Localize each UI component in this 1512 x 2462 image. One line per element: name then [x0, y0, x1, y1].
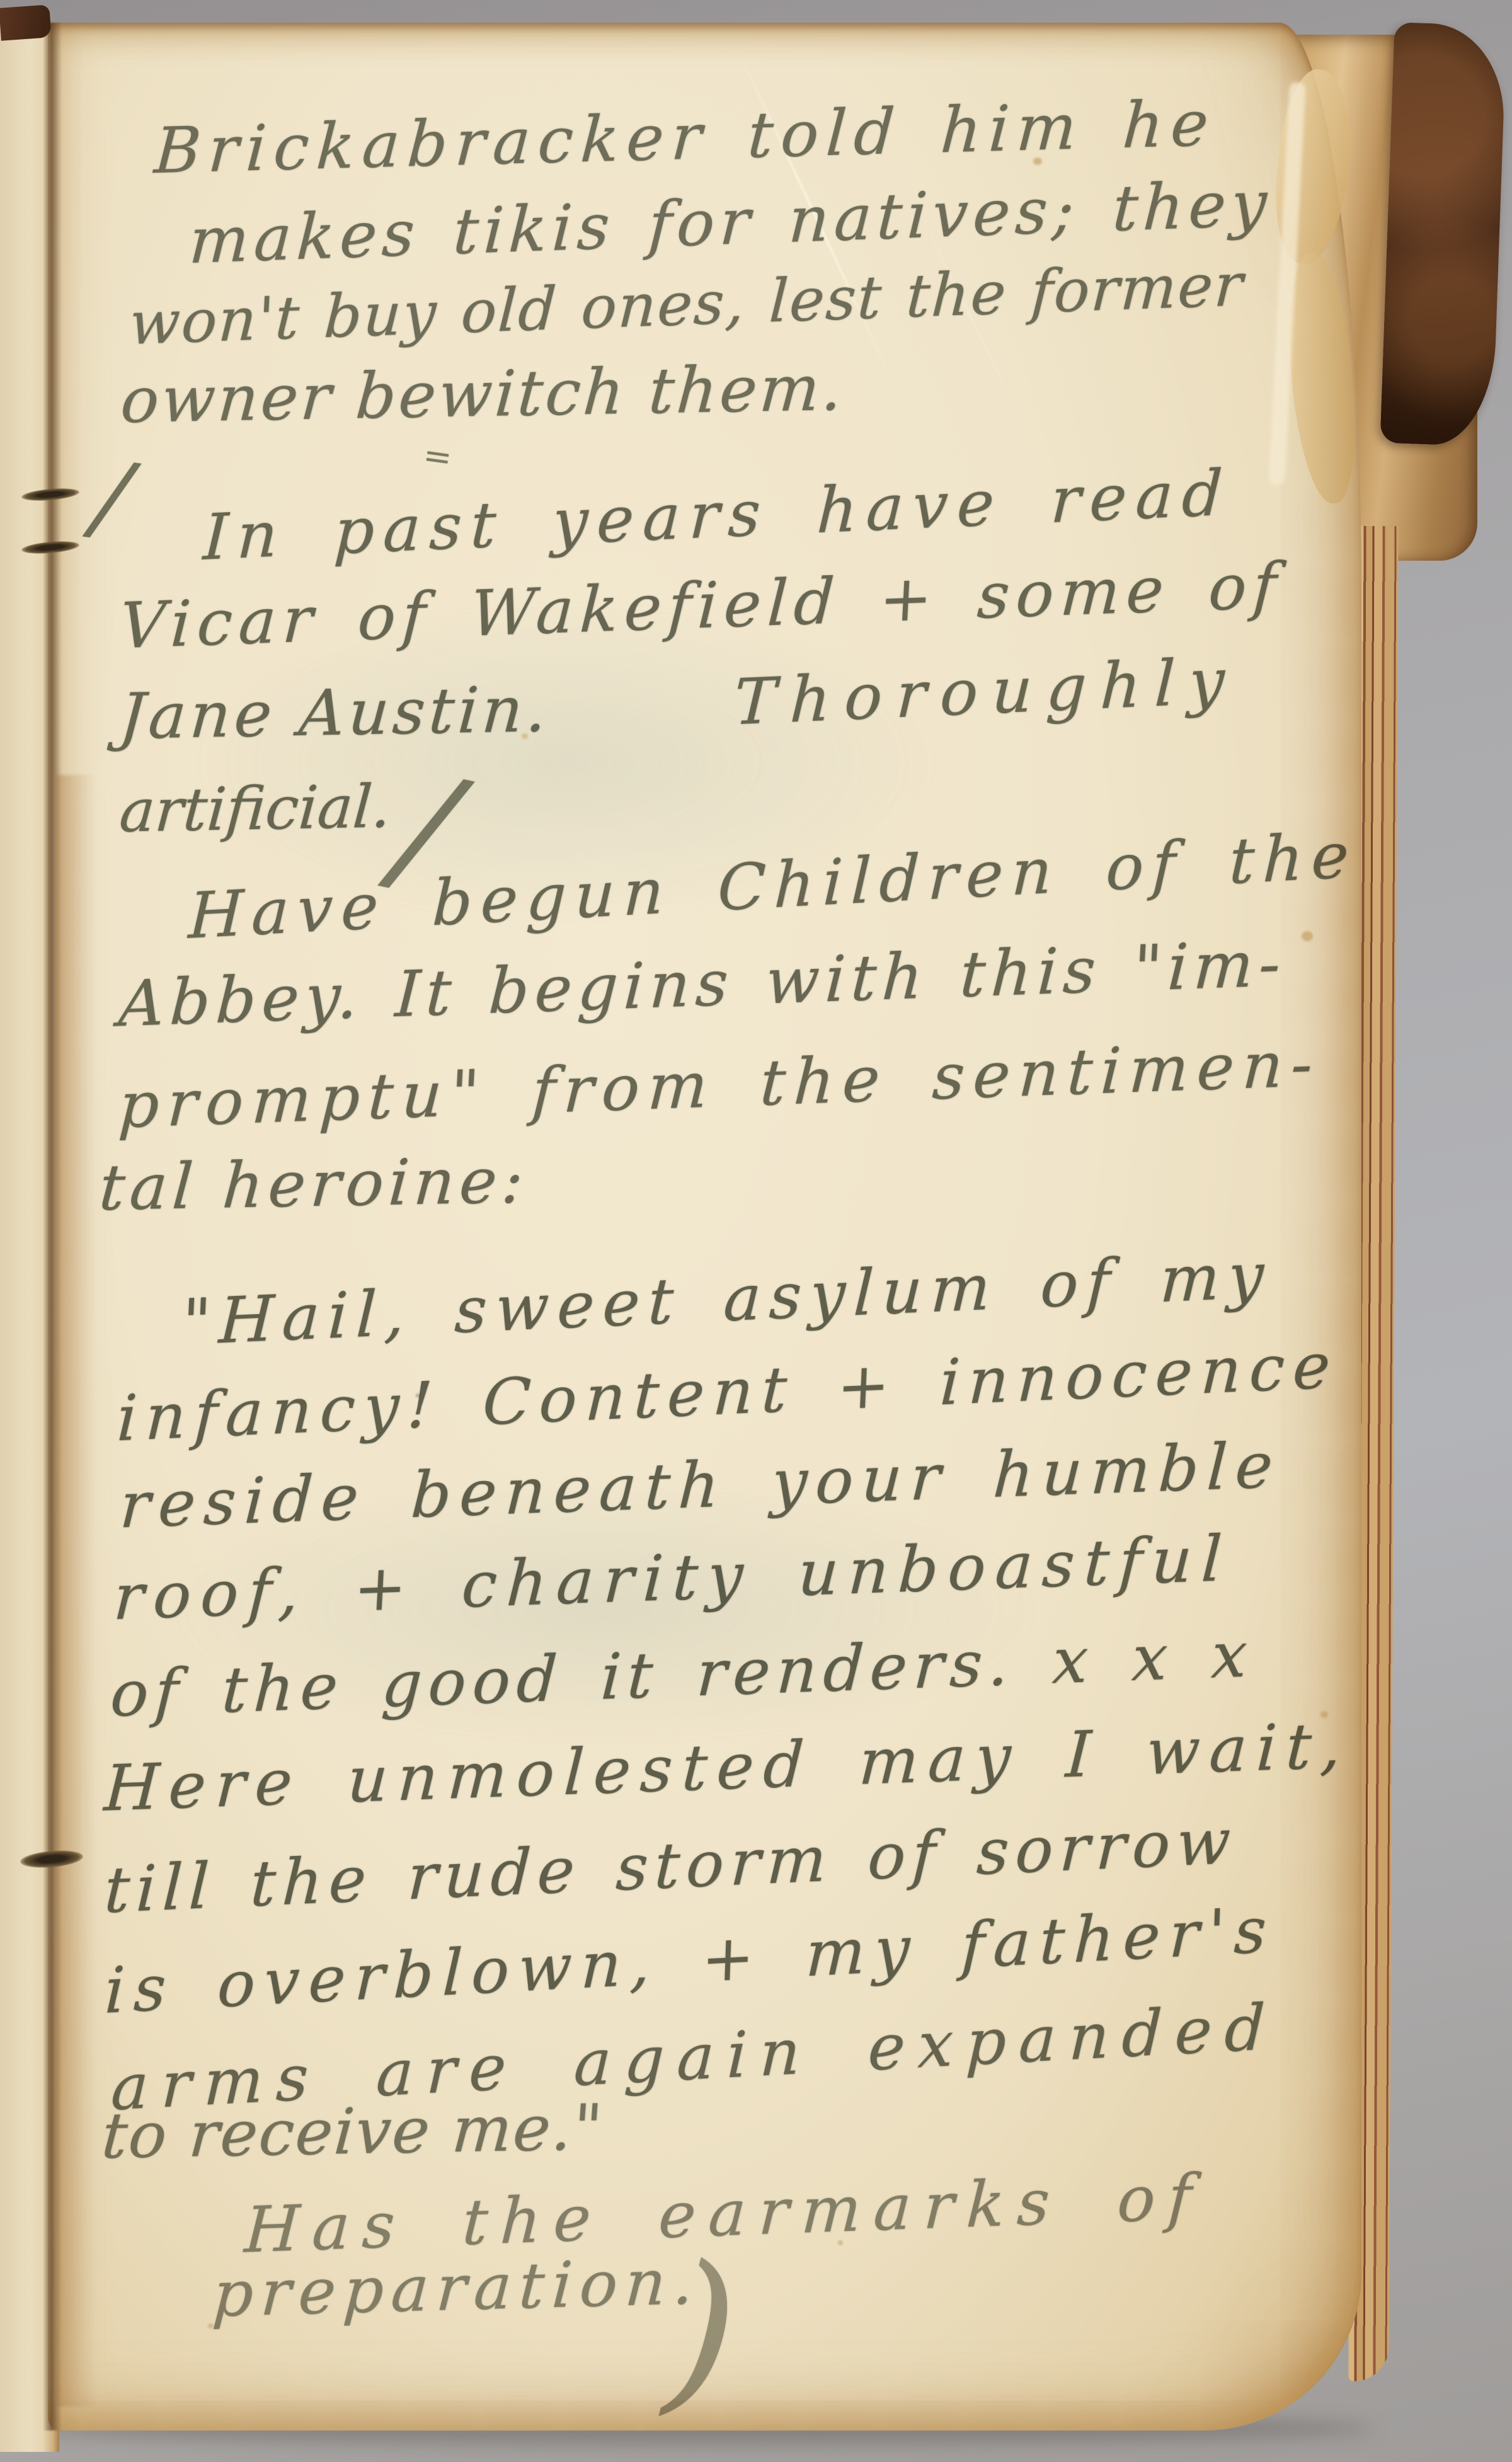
handwritten-line: tal heroine:: [98, 1149, 530, 1220]
closing-stroke-mark: ): [661, 2241, 743, 2422]
leather-cover-corner-top-right: [1380, 22, 1506, 447]
foxing-spot: [1302, 931, 1313, 941]
handwritten-line: artificial.: [118, 777, 393, 842]
insertion-mark: =: [421, 438, 454, 476]
handwritten-line: preparation.: [211, 2250, 702, 2326]
handwritten-line: owner bewitch them.: [119, 357, 847, 432]
gutter-stain: [55, 775, 96, 2407]
handwritten-line: to receive me.": [100, 2096, 605, 2168]
notebook-photo: Brickabracker told him he makes tikis fo…: [0, 0, 1512, 2462]
handwritten-line: Jane Austin.: [118, 678, 553, 748]
